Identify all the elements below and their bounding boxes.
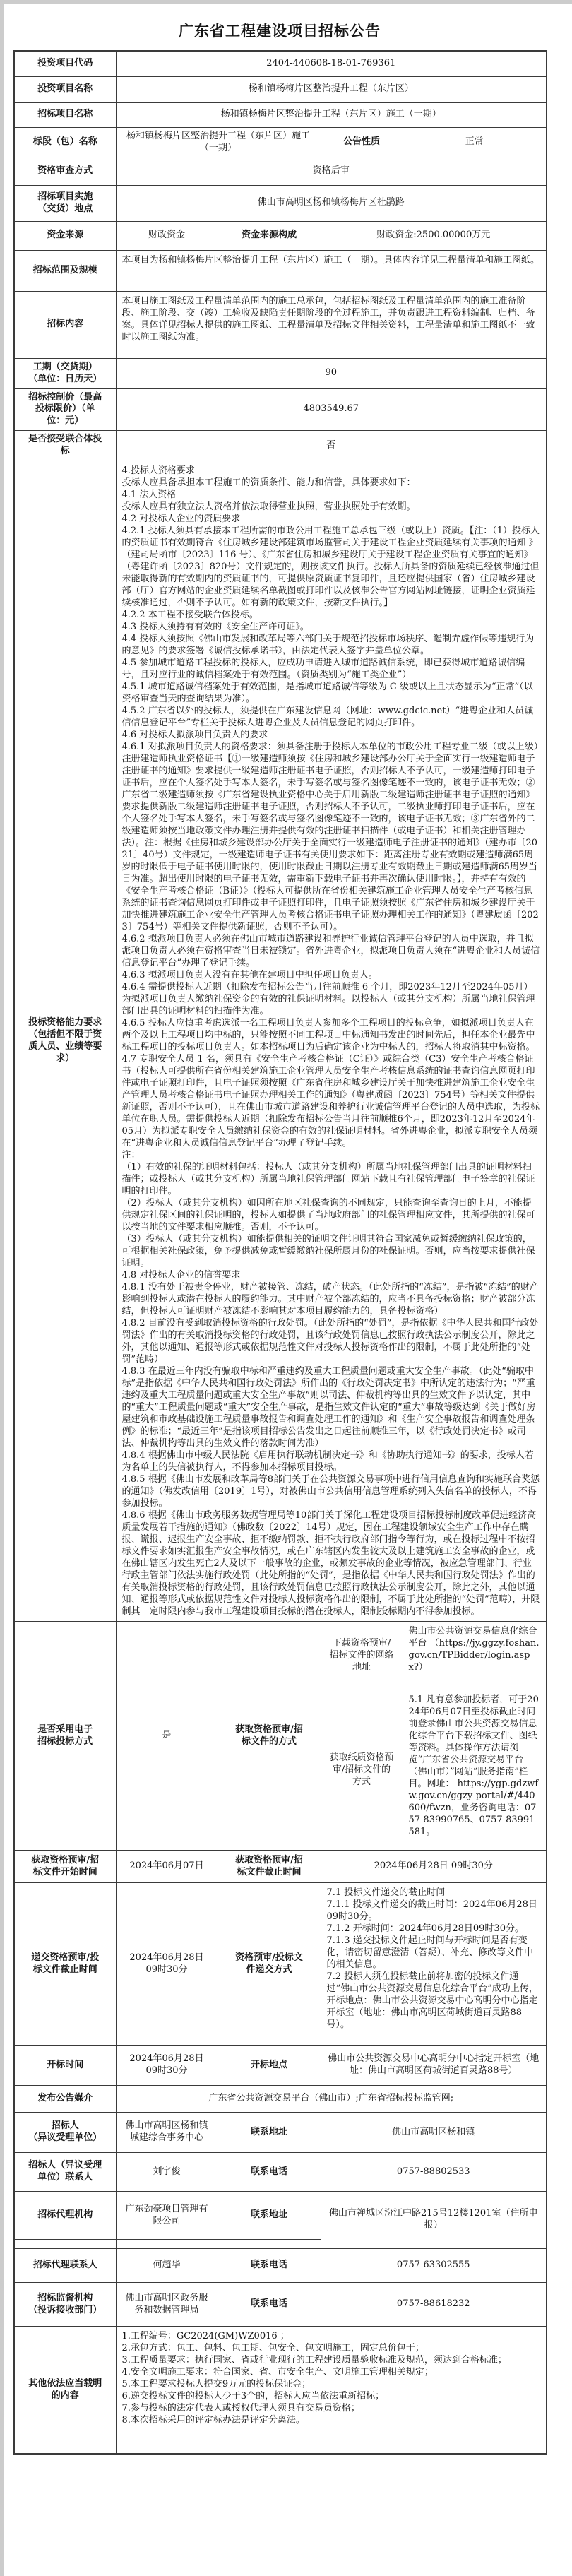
- agency-contact-value: 何超华: [116, 2249, 218, 2283]
- invest-name-value: 杨和镇杨梅片区整治提升工程（东片区）: [116, 76, 547, 102]
- supervisor-label: 招标监督机构 （投诉接收部门）: [14, 2283, 116, 2327]
- opening-time-label: 开标时间: [14, 2046, 116, 2086]
- obtain-method-label: 获取资格预审/招 标文件的方式: [218, 1622, 321, 1851]
- agency-value: 广东劲豪项目管理有限公司: [116, 2192, 218, 2240]
- project-code-label: 投资项目代码: [14, 51, 116, 76]
- funding-source-label: 资金来源: [14, 221, 116, 250]
- agency-phone-label: 联系电话: [218, 2249, 321, 2283]
- section-name-value: 杨和镇杨梅片区整治提升工程（东片区）施工（一期）: [116, 127, 321, 158]
- table-row: 投标资格能力要求 （包括但不限于资 质人员、业绩等要 求） 4.投标人资格要求 …: [14, 461, 547, 1622]
- e-bidding-label: 是否采用电子 招标投标方式: [14, 1622, 116, 1851]
- qualification-review-value: 资格后审: [116, 158, 547, 185]
- table-row: 标段（包）名称 杨和镇杨梅片区整治提升工程（东片区）施工（一期） 公告性质 正常: [14, 127, 547, 158]
- opening-time-value: 2024年06月28日 09时30分: [116, 2046, 218, 2086]
- agency-phone-value: 0757-63302555: [321, 2249, 547, 2283]
- agency-contact-label: 招标代理联系人: [14, 2249, 116, 2283]
- tenderer-contact-label: 招标人（异议受理 单位）联系人: [14, 2153, 116, 2192]
- control-price-label: 招标控制价（最高 投标限价）（单 位：元）: [14, 388, 116, 431]
- table-row: 获取资格预审/招 标文件开始时间 2024年06月07日 获取资格预审/招 标文…: [14, 1851, 547, 1883]
- spacer-cell: [218, 2240, 321, 2249]
- table-row: 是否采用电子 招标投标方式 是 获取资格预审/招 标文件的方式 下载资格预审/ …: [14, 1622, 547, 1690]
- announcement-page: 广东省工程建设项目招标公告 投资项目代码 2404-440608-18-01-7…: [0, 0, 572, 2543]
- obtain-deadline-value: 2024年06月28日 09时30分: [321, 1851, 547, 1883]
- table-row: 工期（交货期） （单位：日历天） 90: [14, 358, 547, 388]
- supervisor-value: 佛山市高明区政务服务和数据管理局: [116, 2283, 218, 2327]
- page-title: 广东省工程建设项目招标公告: [13, 21, 546, 40]
- table-row: 资格审查方式 资格后审: [14, 158, 547, 185]
- agency-address-label: 联系地址: [218, 2192, 321, 2240]
- submit-method-value: 7.1 投标文件递交的截止时间 7.1.1 投标文件递交的截止时间：2024年0…: [321, 1883, 547, 2046]
- tender-content-value: 本项目施工图纸及工程量清单范围内的施工总承包，包括招标图纸及工程量清单范围内的施…: [116, 291, 547, 358]
- table-row: 招标人 （异议受理单位） 佛山市高明区杨和镇城建综合事务中心 联系地址 佛山市高…: [14, 2113, 547, 2153]
- submit-deadline-label: 递交资格预审/投 标文件截止时间: [14, 1883, 116, 2046]
- table-row: 招标内容 本项目施工图纸及工程量清单范围内的施工总承包，包括招标图纸及工程量清单…: [14, 291, 547, 358]
- control-price-value: 4803549.67: [116, 388, 547, 431]
- tenderer-label: 招标人 （异议受理单位）: [14, 2113, 116, 2153]
- table-row: 资金来源 财政资金 资金来源构成 财政资金:2500.00000万元: [14, 221, 547, 250]
- table-row: 招标项目实施 （交货）地点 佛山市高明区杨和镇杨梅片区杜鹃路: [14, 185, 547, 221]
- announcement-table: 投资项目代码 2404-440608-18-01-769361 投资项目名称 杨…: [13, 50, 547, 2454]
- announcement-media-value: 广东省公共资源交易平台（佛山市）;广东省招标投标监管网;: [116, 2086, 547, 2113]
- other-content-value: 1.工程编号：GC2024(GM)WZ0016 ； 2.承包方式：包工、包料、包…: [116, 2327, 547, 2454]
- funding-source-value: 财政资金: [116, 221, 218, 250]
- table-row: 递交资格预审/投 标文件截止时间 2024年06月28日 09时30分 资格预审…: [14, 1883, 547, 2046]
- obtain-deadline-label: 获取资格预审/招 标文件截止时间: [218, 1851, 321, 1883]
- tenderer-contact-value: 刘宇俊: [116, 2153, 218, 2192]
- other-content-label: 其他依法应当载明 的内容: [14, 2327, 116, 2454]
- tender-content-label: 招标内容: [14, 291, 116, 358]
- tender-scope-value: 本项目为杨和镇杨梅片区整治提升工程（东片区）施工（一期）。具体内容详见工程量清单…: [116, 250, 547, 291]
- delivery-location-label: 招标项目实施 （交货）地点: [14, 185, 116, 221]
- paper-method-value: 5.1 凡有意参加投标者，可于2024年06月07日至投标截止时间前登录佛山市公…: [403, 1690, 547, 1851]
- project-code-value: 2404-440608-18-01-769361: [116, 51, 547, 76]
- funding-composition-value: 财政资金:2500.00000万元: [321, 221, 547, 250]
- tender-name-label: 招标项目名称: [14, 102, 116, 127]
- announcement-media-label: 发布公告媒介: [14, 2086, 116, 2113]
- table-row: 招标项目名称 杨和镇杨梅片区整治提升工程（东片区）施工（一期）: [14, 102, 547, 127]
- consortium-label: 是否接受联合体投 标: [14, 431, 116, 461]
- tenderer-phone-value: 0757-88802533: [321, 2153, 547, 2192]
- table-row: 开标时间 2024年06月28日 09时30分 开标地点 佛山市公共资源交易中心…: [14, 2046, 547, 2086]
- consortium-value: 否: [116, 431, 547, 461]
- table-row: 其他依法应当载明 的内容 1.工程编号：GC2024(GM)WZ0016 ； 2…: [14, 2327, 547, 2454]
- supervisor-phone-value: 0757-88618232: [321, 2283, 547, 2327]
- spacer-cell: [14, 2240, 116, 2249]
- e-bidding-value: 是: [116, 1622, 218, 1851]
- window-top-edge: [0, 0, 572, 4]
- qualification-requirements-value: 4.投标人资格要求 投标人应具备承担本工程施工的资质条件、能力和信誉，具体要求如…: [116, 461, 547, 1622]
- notice-nature-label: 公告性质: [321, 127, 403, 158]
- tenderer-phone-label: 联系电话: [218, 2153, 321, 2192]
- agency-address-value: 佛山市禅城区汾江中路215号12楼1201室（住所申报）: [321, 2192, 547, 2249]
- tender-scope-label: 招标范围及规模: [14, 250, 116, 291]
- duration-value: 90: [116, 358, 547, 388]
- table-row: 招标控制价（最高 投标限价）（单 位：元） 4803549.67: [14, 388, 547, 431]
- table-row: 招标人（异议受理 单位）联系人 刘宇俊 联系电话 0757-88802533: [14, 2153, 547, 2192]
- obtain-start-value: 2024年06月07日: [116, 1851, 218, 1883]
- tender-name-value: 杨和镇杨梅片区整治提升工程（东片区）施工（一期）: [116, 102, 547, 127]
- table-row: 投资项目代码 2404-440608-18-01-769361: [14, 51, 547, 76]
- opening-place-label: 开标地点: [218, 2046, 321, 2086]
- section-name-label: 标段（包）名称: [14, 127, 116, 158]
- obtain-start-label: 获取资格预审/招 标文件开始时间: [14, 1851, 116, 1883]
- agency-label: 招标代理机构: [14, 2192, 116, 2240]
- submit-method-label: 资格预审/投标文 件递交方式: [218, 1883, 321, 2046]
- window-left-edge: [0, 0, 4, 2576]
- table-row: 招标代理机构 广东劲豪项目管理有限公司 联系地址 佛山市禅城区汾江中路215号1…: [14, 2192, 547, 2240]
- duration-label: 工期（交货期） （单位：日历天）: [14, 358, 116, 388]
- download-url-label: 下载资格预审/ 招标文件的网络 地址: [321, 1622, 403, 1690]
- table-row: 招标监督机构 （投诉接收部门） 佛山市高明区政务服务和数据管理局 联系电话 07…: [14, 2283, 547, 2327]
- tenderer-address-label: 联系地址: [218, 2113, 321, 2153]
- table-row: 招标范围及规模 本项目为杨和镇杨梅片区整治提升工程（东片区）施工（一期）。具体内…: [14, 250, 547, 291]
- table-row: 招标代理联系人 何超华 联系电话 0757-63302555: [14, 2249, 547, 2283]
- submit-deadline-value: 2024年06月28日 09时30分: [116, 1883, 218, 2046]
- paper-method-label: 获取纸质资格预 审/招标文件的 方式: [321, 1690, 403, 1851]
- tenderer-address-value: 佛山市高明区杨和镇: [321, 2113, 547, 2153]
- delivery-location-value: 佛山市高明区杨和镇杨梅片区杜鹃路: [116, 185, 547, 221]
- notice-nature-value: 正常: [403, 127, 547, 158]
- invest-name-label: 投资项目名称: [14, 76, 116, 102]
- table-row: 是否接受联合体投 标 否: [14, 431, 547, 461]
- spacer-cell: [116, 2240, 218, 2249]
- table-row: 投资项目名称 杨和镇杨梅片区整治提升工程（东片区）: [14, 76, 547, 102]
- opening-place-value: 佛山市公共资源交易中心高明分中心指定开标室（地址：佛山市高明区荷城街道百灵路88…: [321, 2046, 547, 2086]
- qualification-review-label: 资格审查方式: [14, 158, 116, 185]
- supervisor-phone-label: 联系电话: [218, 2283, 321, 2327]
- qualification-requirements-label: 投标资格能力要求 （包括但不限于资 质人员、业绩等要 求）: [14, 461, 116, 1622]
- table-row: 发布公告媒介 广东省公共资源交易平台（佛山市）;广东省招标投标监管网;: [14, 2086, 547, 2113]
- tenderer-value: 佛山市高明区杨和镇城建综合事务中心: [116, 2113, 218, 2153]
- funding-composition-label: 资金来源构成: [218, 221, 321, 250]
- download-url-value: 佛山市公共资源交易信息化综合平台 （https://jy.ggzy.foshan…: [403, 1622, 547, 1690]
